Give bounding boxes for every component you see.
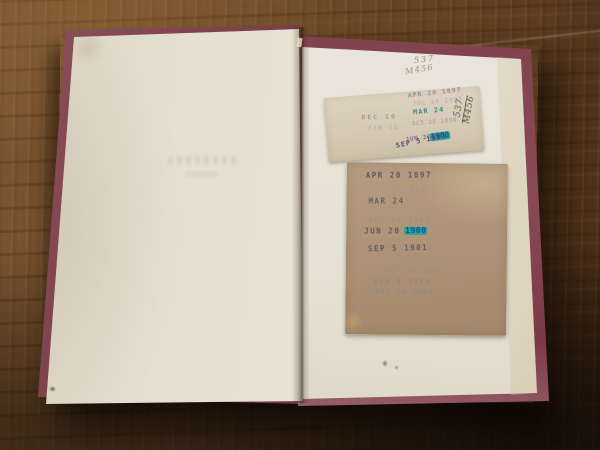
faint-pencil-marks xyxy=(168,156,240,165)
date-slip: 537 M456 APR 20 1897JUL 24 1897DEC 10MAR… xyxy=(324,86,485,162)
date-stamp: JUN 20 xyxy=(364,227,400,235)
date-stamp: MAR 24 xyxy=(368,197,404,205)
stain-speck xyxy=(50,387,55,391)
stain-speck xyxy=(395,366,398,369)
date-stamp: OCT 26 1899 xyxy=(368,217,431,225)
date-stamp: FEB 11 xyxy=(368,125,399,132)
photo-open-book-on-table: 537 M456 537 M456 APR 20 1897JUL 24 1897… xyxy=(0,0,600,450)
gutter-crease xyxy=(292,27,313,403)
date-stamp: SEP 5 1901 xyxy=(368,244,428,253)
faint-pencil-marks xyxy=(184,171,218,177)
date-stamp: DEC 10 xyxy=(361,113,397,120)
date-stamp: OCT 26 1898 xyxy=(412,117,458,127)
date-stamp: MAR 24 xyxy=(413,107,445,117)
date-stamp: JUL 24 1897 xyxy=(364,186,427,194)
date-stamp: FEB 8 1904 xyxy=(374,279,431,286)
date-card: APR 20 1897JUL 24 1897MAR 24OCT 26 1899J… xyxy=(345,162,508,336)
date-stamp: OCT 15 1903 xyxy=(386,268,443,276)
stain-speck xyxy=(383,361,387,366)
date-stamp: APR 20 1897 xyxy=(366,171,432,179)
date-stamp: 1900 xyxy=(404,227,427,235)
sideways-call-number-line2: M456 xyxy=(463,95,477,125)
date-stamp: DEC 14 1904 xyxy=(376,288,433,296)
